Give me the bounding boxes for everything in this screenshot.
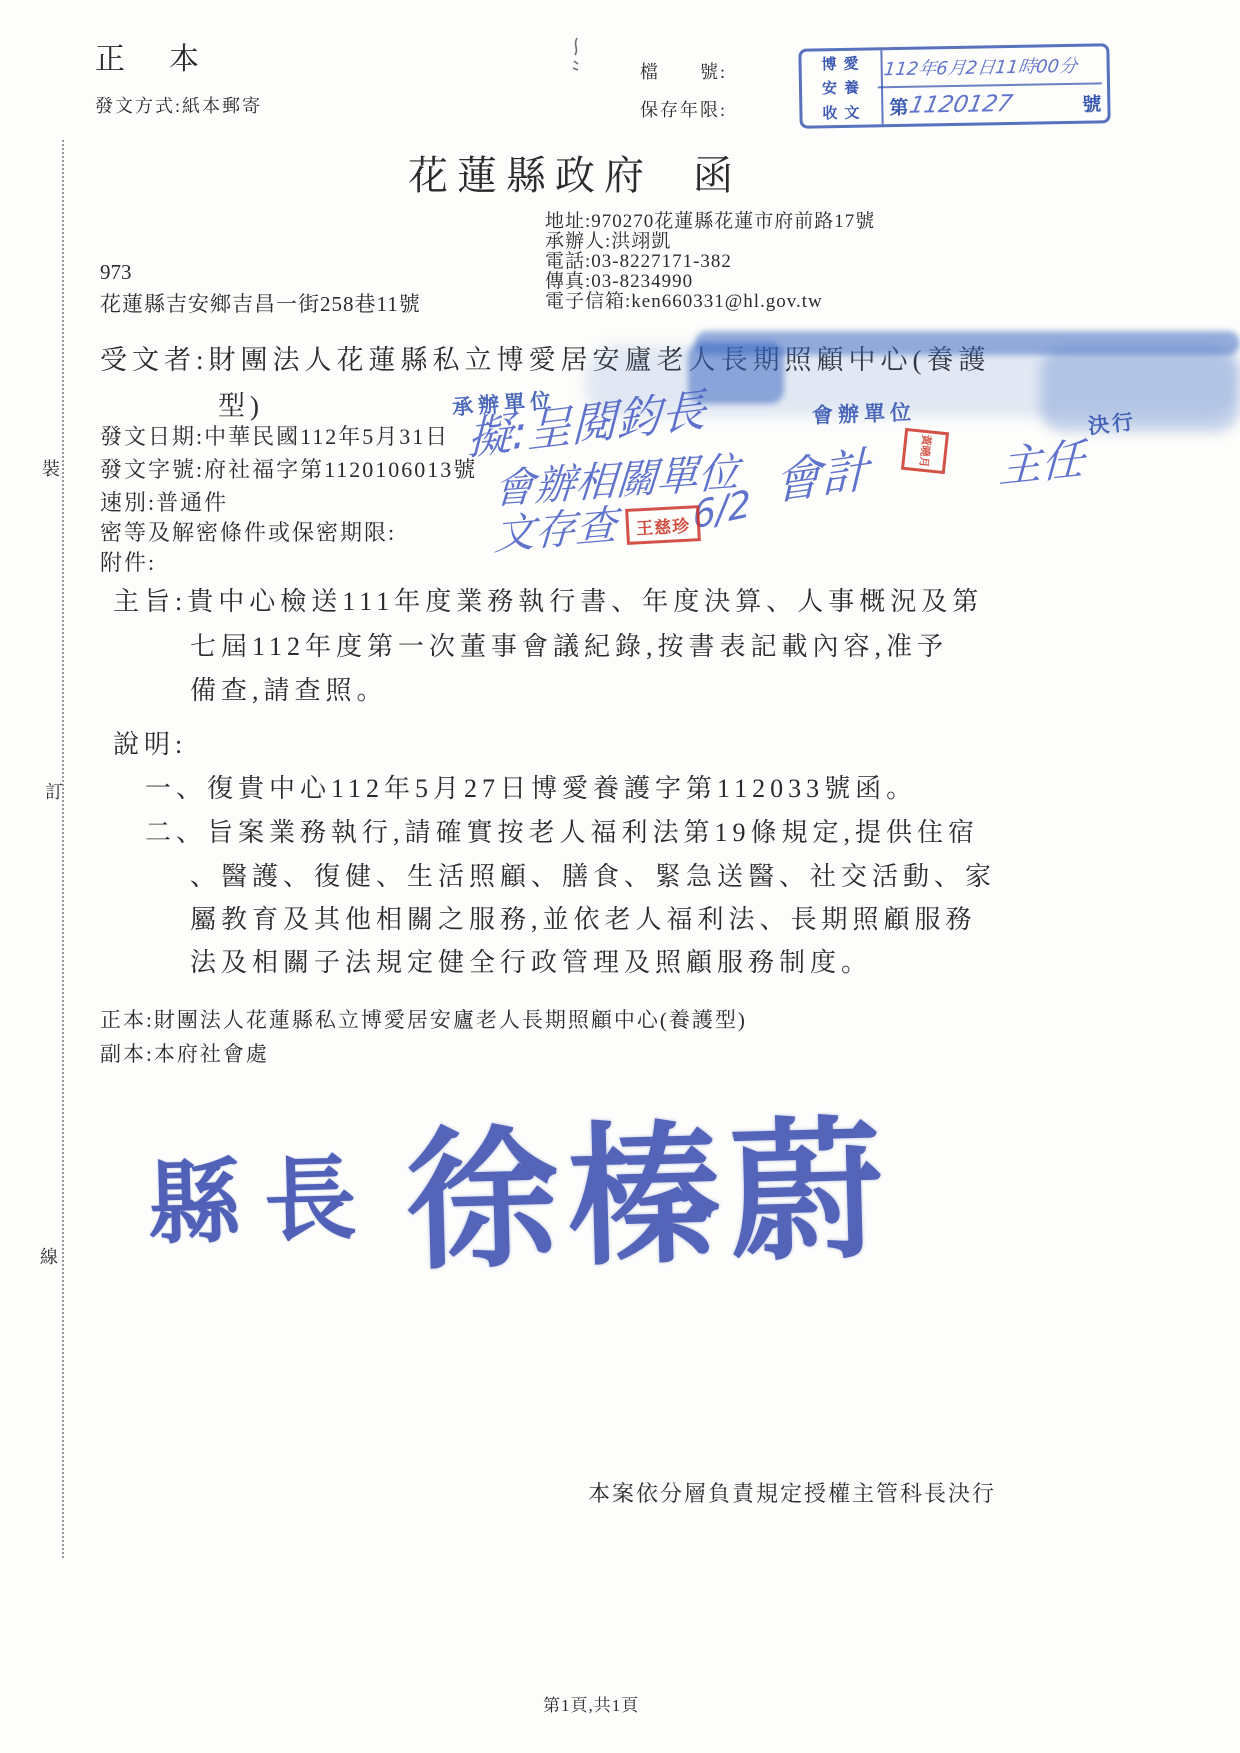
attachment-field: 附件: [100, 546, 156, 577]
binding-mark-xian: 線 [40, 1243, 58, 1269]
red-name-stamp-small-text: 黃曉月 [915, 434, 934, 468]
received-stamp-org-row3: 收文 [822, 102, 866, 124]
priority-field: 速別:普通件 [100, 486, 228, 517]
copy-type-label: 正本 [95, 34, 243, 78]
subject-line1: 主旨:貴中心檢送111年度業務執行書、年度決算、人事概況及第 [113, 581, 983, 618]
file-number-label: 檔 號: [640, 58, 727, 84]
red-name-stamp-text: 王慈珍 [635, 511, 690, 539]
recipient-mailing-address: 花蓮縣吉安鄉吉昌一街258巷11號 [100, 288, 421, 318]
recipient-line2: 型) [218, 384, 264, 423]
doc-type-label: 函 [693, 153, 742, 198]
distribution-original: 正本:財團法人花蓮縣私立博愛居安廬老人長期照顧中心(養護型) [100, 1004, 747, 1034]
joint-unit-stamp: 會辦單位 [812, 396, 917, 430]
binding-mark-ding: 訂 [45, 778, 63, 804]
recipient-zip: 973 [100, 260, 132, 285]
handwriting-director: 主任 [998, 425, 1086, 496]
received-number-row: 第 1120127 號 [883, 84, 1108, 124]
retention-label: 保存年限: [640, 96, 727, 122]
received-number-prefix: 第 [889, 92, 908, 119]
distribution-copy: 副本:本府社會處 [100, 1038, 269, 1068]
recipient-line1: 受文者:財團法人花蓮縣私立博愛居安廬老人長期照顧中心(養護 [100, 338, 991, 377]
explanation-item2-line2: 、醫護、復健、生活照顧、膳食、緊急送醫、社交活動、家 [190, 856, 996, 893]
signature-title: 縣長 [146, 1125, 381, 1263]
explanation-item2-line3: 屬教育及其他相關之服務,並依老人福利法、長期照顧服務 [190, 899, 977, 936]
explanation-item1: 一、復貴中心112年5月27日博愛養護字第112033號函。 [145, 768, 917, 805]
ink-smudge-right [1040, 348, 1240, 432]
signature-name: 徐榛蔚 [403, 1068, 895, 1299]
document-title: 花蓮縣政府函 [408, 144, 742, 201]
decision-stamp: 決行 [1087, 406, 1138, 441]
sender-address: 地址:970270花蓮縣花蓮市府前路17號 [545, 212, 875, 232]
issue-date: 發文日期:中華民國112年5月31日 [100, 420, 449, 451]
subject-line3: 備查,請查照。 [190, 670, 388, 707]
county-mayor-signature-stamp: 縣長 徐榛蔚 [145, 1068, 894, 1305]
send-method-label: 發文方式:紙本郵寄 [95, 92, 262, 118]
document-page: 裝 訂 線 正本 發文方式:紙本郵寄 檔 號: 保存年限: 博愛 安養 收文 1… [0, 0, 1240, 1753]
sender-info-block: 地址:970270花蓮縣花蓮市府前路17號 承辦人:洪翊凱 電話:03-8227… [545, 212, 875, 312]
page-number: 第1頁,共1頁 [543, 1691, 639, 1716]
red-name-stamp-small: 黃曉月 [901, 428, 949, 474]
received-datetime-handwritten: 112年6月2日11時00分 [878, 46, 1107, 88]
subject-line2: 七屆112年度第一次董事會議紀錄,按書表記載內容,准予 [190, 626, 948, 663]
sender-email: 電子信箱:ken660331@hl.gov.tw [545, 292, 875, 312]
received-stamp-org: 博愛 安養 收文 [801, 50, 883, 125]
sender-fax: 傳真:03-8234990 [545, 272, 875, 292]
doc-number: 發文字號:府社福字第1120106013號 [100, 453, 477, 484]
red-name-stamp: 王慈珍 [625, 505, 701, 545]
handwriting-file-note: 文存查 [493, 491, 619, 561]
pen-mark [568, 36, 584, 81]
issuing-org-name: 花蓮縣政府 [408, 153, 653, 198]
explanation-item2-line1: 二、旨案業務執行,請確實按老人福利法第19條規定,提供住宿 [145, 812, 979, 849]
received-stamp: 博愛 安養 收文 112年6月2日11時00分 第 1120127 號 [798, 43, 1110, 128]
security-field: 密等及解密條件或保密期限: [100, 516, 396, 547]
binding-dotted-line [62, 140, 64, 1558]
received-number-handwritten: 1120127 [907, 90, 1078, 119]
sender-contact: 承辦人:洪翊凱 [545, 232, 875, 252]
explanation-label: 說明: [113, 724, 187, 761]
handwriting-accounting: 會計 [774, 431, 869, 514]
received-number-suffix: 號 [1082, 89, 1101, 116]
received-stamp-fields: 112年6月2日11時00分 第 1120127 號 [882, 46, 1107, 124]
explanation-item2-line4: 法及相關子法規定健全行政管理及照顧服務制度。 [190, 942, 872, 979]
received-stamp-org-row1: 博愛 [821, 52, 865, 74]
sender-phone: 電話:03-8227171-382 [545, 252, 875, 272]
delegation-note: 本案依分層負責規定授權主管科長決行 [588, 1477, 996, 1508]
received-stamp-org-row2: 安養 [822, 77, 866, 99]
binding-mark-zhuang: 裝 [42, 455, 60, 481]
